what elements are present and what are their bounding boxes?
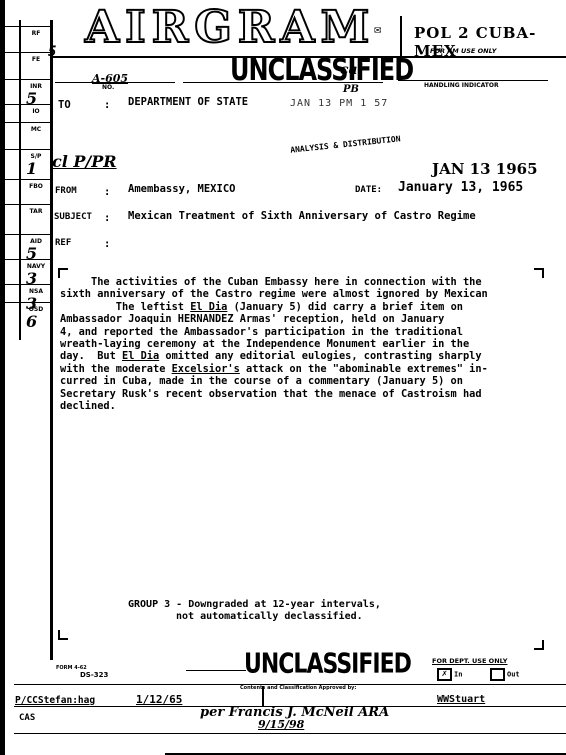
out-check-icon: [490, 668, 505, 681]
clearances-label: CAS: [19, 713, 35, 723]
routing-row-rule: [5, 284, 51, 285]
routing-row-rule: [5, 79, 51, 80]
form-number: DS-323: [80, 671, 108, 679]
handwritten-routing: cl P/PR: [52, 152, 117, 171]
routing-label-tar: TAR: [22, 208, 50, 215]
routing-row-rule: [5, 26, 51, 27]
corner-mark-bottom-left: [58, 630, 68, 640]
classification-stamp-bottom: UNCLASSIFIED: [244, 649, 411, 680]
from-colon: :: [104, 186, 110, 198]
from-label: FROM: [55, 186, 77, 196]
contents-approved-label: Contents and Classification Approved by:: [240, 685, 356, 691]
routing-row-rule: [5, 104, 51, 105]
scan-edge: [0, 0, 5, 755]
routing-row-rule: [5, 179, 51, 180]
out-checkbox[interactable]: Out: [490, 668, 520, 681]
handwritten-declassification-date: 9/15/98: [258, 718, 304, 731]
handling-rule: [398, 80, 548, 81]
routing-label-fbo: FBO: [22, 183, 50, 190]
routing-value: 5: [26, 89, 37, 108]
routing-column-divider: [50, 20, 53, 660]
routing-value: 1: [26, 159, 37, 178]
in-check-icon: ✗: [437, 668, 452, 681]
handling-indicator-label: HANDLING INDICATOR: [424, 82, 499, 89]
drafting-date: 1/12/65: [136, 693, 182, 706]
number-rule: [55, 82, 175, 83]
footer-rule-3: [14, 733, 566, 734]
classification-rule: [183, 82, 383, 83]
ref-colon: :: [104, 238, 110, 250]
airgram-number-label: NO.: [102, 84, 114, 91]
from-value: Amembassy, MEXICO: [128, 183, 235, 195]
out-label: Out: [507, 671, 520, 679]
routing-row-rule: [5, 302, 51, 303]
received-stamp: JAN 13 PM 1 57: [290, 98, 388, 109]
body-line: with the moderate Excelsior's attack on …: [60, 363, 520, 375]
pb-mark: PB: [343, 84, 359, 95]
file-code-note: FOR RM USE ONLY: [430, 47, 496, 55]
in-label: In: [454, 671, 462, 679]
subject-colon: :: [104, 212, 110, 224]
distribution-stamp: ANALYSIS & DISTRIBUTION: [290, 134, 401, 155]
routing-row-rule: [5, 122, 51, 123]
file-code-divider: [400, 16, 402, 56]
classification-mark: cal: [340, 62, 363, 78]
routing-value: 5: [26, 244, 37, 263]
date-label: DATE:: [355, 185, 382, 195]
body-line: The activities of the Cuban Embassy here…: [60, 276, 520, 288]
date-value: January 13, 1965: [398, 180, 523, 195]
routing-label-rf: RF: [22, 30, 50, 37]
routing-label-io: IO: [22, 108, 50, 115]
routing-row-rule: [5, 259, 51, 260]
routing-label-mc: MC: [22, 126, 50, 133]
subject-label: SUBJECT: [54, 212, 92, 222]
body-line: 4, and reported the Ambassador's partici…: [60, 326, 520, 338]
body-line: wreath-laying ceremony at the Independen…: [60, 338, 520, 350]
airgram-title: AIRGRAM: [85, 4, 375, 52]
stamp-rule: [186, 670, 246, 671]
footer-divider: [262, 686, 264, 706]
routing-row-rule: [5, 234, 51, 235]
corner-mark-top-right: [534, 268, 544, 278]
routing-column-inner-divider: [19, 20, 21, 340]
in-checkbox[interactable]: ✗In: [437, 668, 462, 681]
message-body: The activities of the Cuban Embassy here…: [60, 276, 520, 412]
body-line: Ambassador Joaquin HERNANDEZ Armas' rece…: [60, 313, 520, 325]
routing-row-rule: [5, 149, 51, 150]
ref-label: REF: [55, 238, 71, 248]
dept-use-label: FOR DEPT. USE ONLY: [432, 657, 507, 665]
body-line: declined.: [60, 400, 520, 412]
body-line: day. But El Dia omitted any editorial eu…: [60, 350, 520, 362]
routing-row-rule: [5, 204, 51, 205]
routing-value: 3: [26, 269, 37, 288]
to-colon: :: [104, 99, 110, 111]
routing-label-fe: FE: [22, 56, 50, 63]
routing-row-rule: [5, 52, 51, 53]
to-value: DEPARTMENT OF STATE: [128, 96, 248, 108]
body-line: curred in Cuba, made in the course of a …: [60, 375, 520, 387]
body-line: Secretary Rusk's recent observation that…: [60, 388, 520, 400]
envelope-icon: ✉: [374, 22, 381, 36]
to-label: TO: [58, 99, 71, 111]
received-date-stamp: JAN 13 1965: [432, 160, 538, 178]
body-line: The leftist El Dia (January 5) did carry…: [60, 301, 520, 313]
subject-value: Mexican Treatment of Sixth Anniversary o…: [128, 210, 476, 222]
approved-by: WWStuart: [437, 694, 485, 705]
body-line: sixth anniversary of the Castro regime w…: [60, 288, 520, 300]
routing-value: 6: [26, 312, 37, 331]
group-line-2: not automatically declassified.: [176, 611, 363, 622]
drafted-by: P/CCStefan:hag: [15, 695, 95, 706]
group-line-1: GROUP 3 - Downgraded at 12-year interval…: [128, 599, 381, 610]
corner-mark-bottom-right: [534, 640, 544, 650]
